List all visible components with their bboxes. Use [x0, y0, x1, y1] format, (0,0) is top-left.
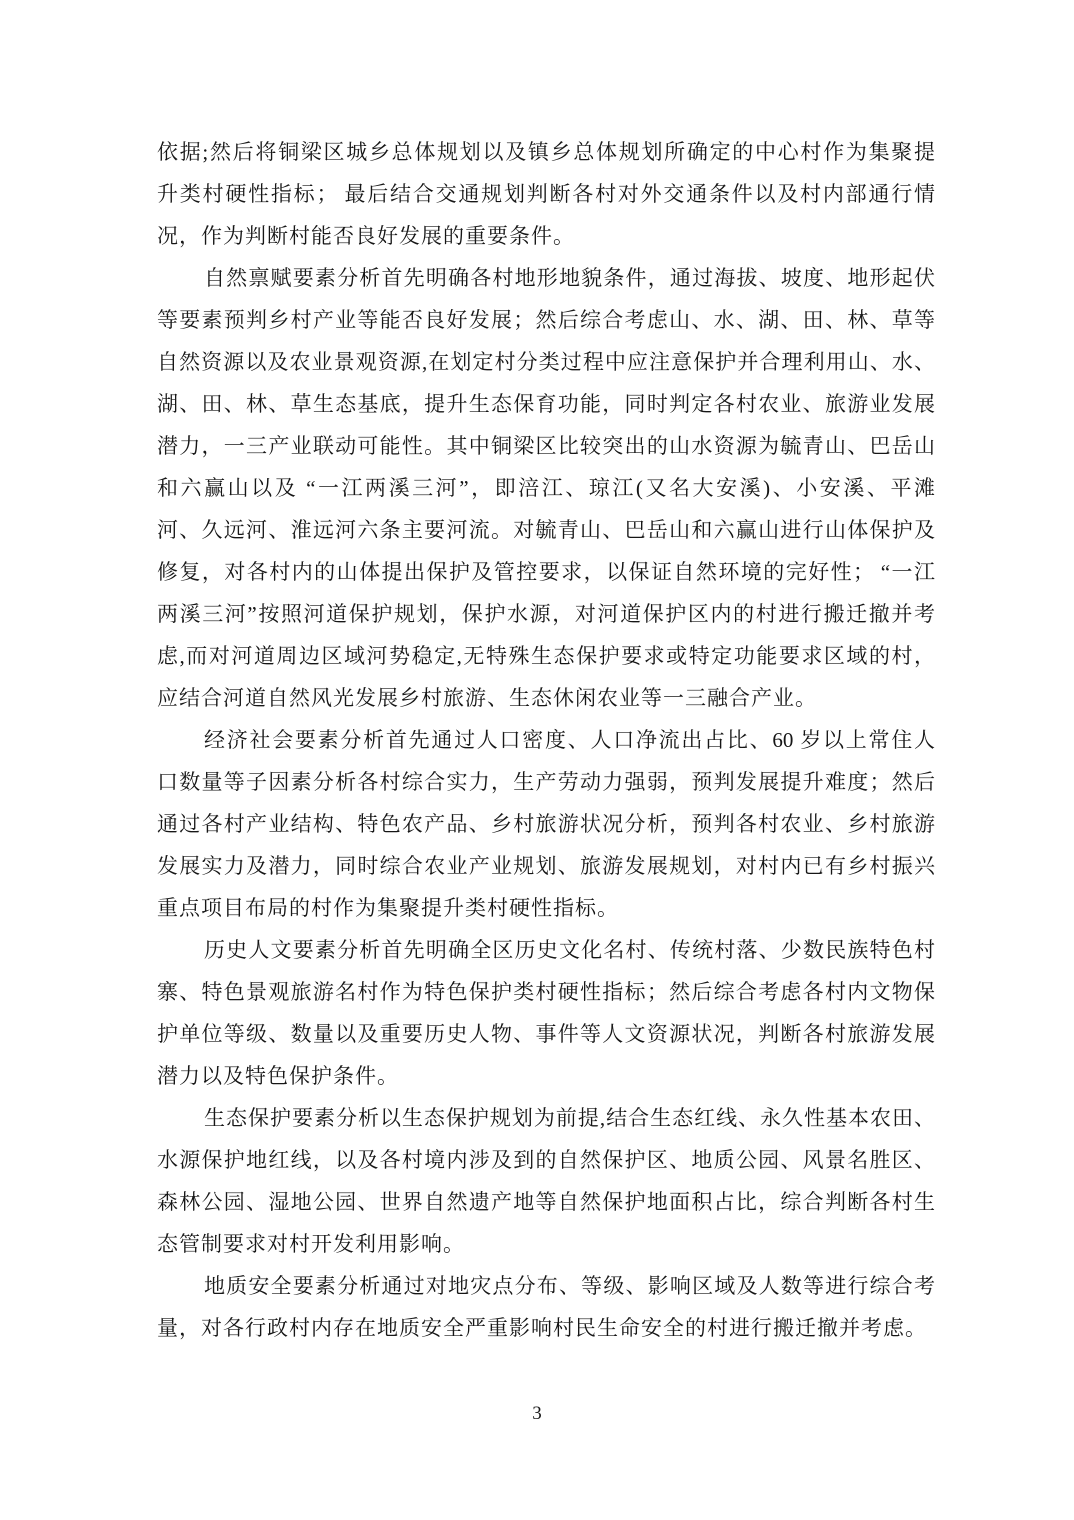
text-line: 重点项目布局的村作为集聚提升类村硬性指标。 [157, 887, 935, 929]
text-line: 自然资源以及农业景观资源,在划定村分类过程中应注意保护并合理利用山、水、 [157, 341, 935, 383]
text-line: 潜力以及特色保护条件。 [157, 1055, 935, 1097]
text-line: 潜力，一三产业联动可能性。其中铜梁区比较突出的山水资源为毓青山、巴岳山 [157, 425, 935, 467]
paragraph: 依据;然后将铜梁区城乡总体规划以及镇乡总体规划所确定的中心村作为集聚提 升类村硬… [157, 131, 935, 257]
text-line: 和六赢山以及 “一江两溪三河”，即涪江、琼江(又名大安溪)、小安溪、平滩 [157, 467, 935, 509]
document-page: 依据;然后将铜梁区城乡总体规划以及镇乡总体规划所确定的中心村作为集聚提 升类村硬… [0, 0, 1074, 1520]
text-line: 口数量等子因素分析各村综合实力，生产劳动力强弱，预判发展提升难度；然后 [157, 761, 935, 803]
text-line: 量，对各行政村内存在地质安全严重影响村民生命安全的村进行搬迁撤并考虑。 [157, 1307, 935, 1349]
text-line: 湖、田、林、草生态基底，提升生态保育功能，同时判定各村农业、旅游业发展 [157, 383, 935, 425]
page-footer: 3 [0, 1400, 1074, 1428]
text-line: 自然禀赋要素分析首先明确各村地形地貌条件，通过海拔、坡度、地形起伏 [157, 257, 935, 299]
text-line: 态管制要求对村开发利用影响。 [157, 1223, 935, 1265]
text-line: 生态保护要素分析以生态保护规划为前提,结合生态红线、永久性基本农田、 [157, 1097, 935, 1139]
text-line: 发展实力及潜力，同时综合农业产业规划、旅游发展规划，对村内已有乡村振兴 [157, 845, 935, 887]
text-line: 依据;然后将铜梁区城乡总体规划以及镇乡总体规划所确定的中心村作为集聚提 [157, 131, 935, 173]
text-line: 应结合河道自然风光发展乡村旅游、生态休闲农业等一三融合产业。 [157, 677, 935, 719]
text-line: 寨、特色景观旅游名村作为特色保护类村硬性指标；然后综合考虑各村内文物保 [157, 971, 935, 1013]
text-line: 虑,而对河道周边区域河势稳定,无特殊生态保护要求或特定功能要求区域的村， [157, 635, 935, 677]
text-line: 经济社会要素分析首先通过人口密度、人口净流出占比、60 岁以上常住人 [157, 719, 935, 761]
text-line: 等要素预判乡村产业等能否良好发展；然后综合考虑山、水、湖、田、林、草等 [157, 299, 935, 341]
text-line: 升类村硬性指标； 最后结合交通规划判断各村对外交通条件以及村内部通行情 [157, 173, 935, 215]
paragraph: 经济社会要素分析首先通过人口密度、人口净流出占比、60 岁以上常住人 口数量等子… [157, 719, 935, 929]
text-line: 修复，对各村内的山体提出保护及管控要求，以保证自然环境的完好性； “一江 [157, 551, 935, 593]
paragraph: 生态保护要素分析以生态保护规划为前提,结合生态红线、永久性基本农田、 水源保护地… [157, 1097, 935, 1265]
paragraph: 地质安全要素分析通过对地灾点分布、等级、影响区域及人数等进行综合考 量，对各行政… [157, 1265, 935, 1349]
text-line: 地质安全要素分析通过对地灾点分布、等级、影响区域及人数等进行综合考 [157, 1265, 935, 1307]
paragraph: 自然禀赋要素分析首先明确各村地形地貌条件，通过海拔、坡度、地形起伏 等要素预判乡… [157, 257, 935, 719]
text-line: 通过各村产业结构、特色农产品、乡村旅游状况分析，预判各村农业、乡村旅游 [157, 803, 935, 845]
text-line: 历史人文要素分析首先明确全区历史文化名村、传统村落、少数民族特色村 [157, 929, 935, 971]
page-number: 3 [532, 1403, 542, 1424]
page-content: 依据;然后将铜梁区城乡总体规划以及镇乡总体规划所确定的中心村作为集聚提 升类村硬… [157, 131, 935, 1349]
text-line: 护单位等级、数量以及重要历史人物、事件等人文资源状况，判断各村旅游发展 [157, 1013, 935, 1055]
text-line: 两溪三河”按照河道保护规划，保护水源，对河道保护区内的村进行搬迁撤并考 [157, 593, 935, 635]
text-line: 况，作为判断村能否良好发展的重要条件。 [157, 215, 935, 257]
text-line: 森林公园、湿地公园、世界自然遗产地等自然保护地面积占比，综合判断各村生 [157, 1181, 935, 1223]
text-line: 水源保护地红线，以及各村境内涉及到的自然保护区、地质公园、风景名胜区、 [157, 1139, 935, 1181]
paragraph: 历史人文要素分析首先明确全区历史文化名村、传统村落、少数民族特色村 寨、特色景观… [157, 929, 935, 1097]
text-line: 河、久远河、淮远河六条主要河流。对毓青山、巴岳山和六赢山进行山体保护及 [157, 509, 935, 551]
